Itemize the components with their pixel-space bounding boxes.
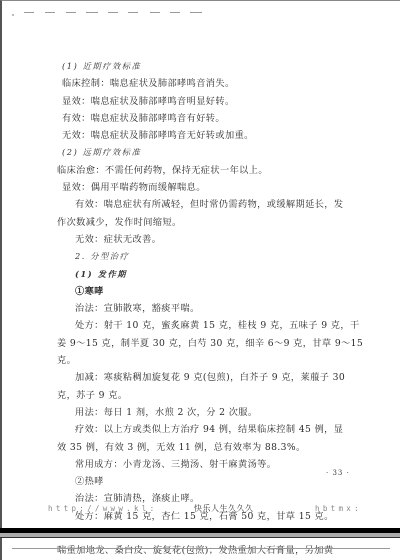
text-line: ①寒哮 [57,283,357,300]
text-line: 克，苏子 9 克。 [57,387,357,404]
text-line: 有效：喘息症状有所减轻，但时常仍需药物，或缓解期延长，发 [57,196,357,213]
header-dash [108,12,118,13]
text-line: 显效：喘息症状及肺部哮鸣音明显好转。 [57,93,357,110]
text-line: ②热哮 [57,473,357,490]
header-dash [170,12,180,13]
footer-right: hbtmx: [315,504,362,513]
text-line: 疗效：以上方或类似上方治疗 94 例，结果临床控制 45 例，显 [57,421,357,438]
text-line: 有效：喘息症状及肺部哮鸣音有好转。 [57,110,357,127]
next-page-frame [0,538,400,560]
text-line: 无效：症状无改善。 [57,231,357,248]
text-line: 处方：射干 10 克，蜜炙麻黄 15 克，桂枝 9 克，五味子 9 克，干 [57,317,357,334]
text-line: 常用成方：小青龙汤、三拗汤、射干麻黄汤等。 [57,456,357,473]
text-line: (2) 远期疗效标准 [57,144,357,161]
next-page-header-rule [12,548,390,549]
text-line: 治法：宣肺散寒，豁痰平喘。 [57,300,357,317]
header-dash [190,12,202,13]
text-line: 克。 [57,352,357,369]
text-line: 显效：偶用平喘药物而缓解喘息。 [57,179,357,196]
footer: http://www.kl: 快乐人生久久久 hbtmx: [0,504,400,522]
text-line: 加减：寒痰粘稠加旋复花 9 克(包煎)，白芥子 9 克，莱菔子 30 [57,369,357,386]
text-line: (1) 近期疗效标准 [57,58,357,75]
text-line: 效 35 例，有效 3 例，无效 11 例，总有效率为 88.3%。 [57,439,357,456]
footer-title: 快乐人生久久久 [194,503,254,514]
document-body: (1) 近期疗效标准临床控制：喘息症状及肺部哮鸣音消失。显效：喘息症状及肺部哮鸣… [57,58,357,560]
header-dash [66,12,76,13]
header-dash [150,12,160,13]
text-line: 无效：喘息症状及肺部哮鸣音无好转或加重。 [57,127,357,144]
text-line: (1) 发作期 [57,266,357,283]
header-dash [24,12,34,13]
header-dash [86,12,98,13]
footer-url: http://www.kl: [48,504,157,513]
text-line: 作次数减少，发作时间缩短。 [57,214,357,231]
page-number: · 33 · [326,469,350,477]
header-dot [12,14,14,16]
text-line: 用法：每日 1 剂，水煎 2 次，分 2 次服。 [57,404,357,421]
text-line: 临床控制：喘息症状及肺部哮鸣音消失。 [57,75,357,92]
header-dashes [10,12,210,16]
header-dash [45,12,55,13]
header-dash [128,12,138,13]
text-line: 2. 分型治疗 [57,248,357,265]
text-line: 姜 9～15 克，制半夏 30 克，白芍 30 克，细辛 6～9 克，甘草 9～… [57,335,357,352]
text-line: 临床治愈：不需任何药物，保持无症状一年以上。 [57,162,357,179]
